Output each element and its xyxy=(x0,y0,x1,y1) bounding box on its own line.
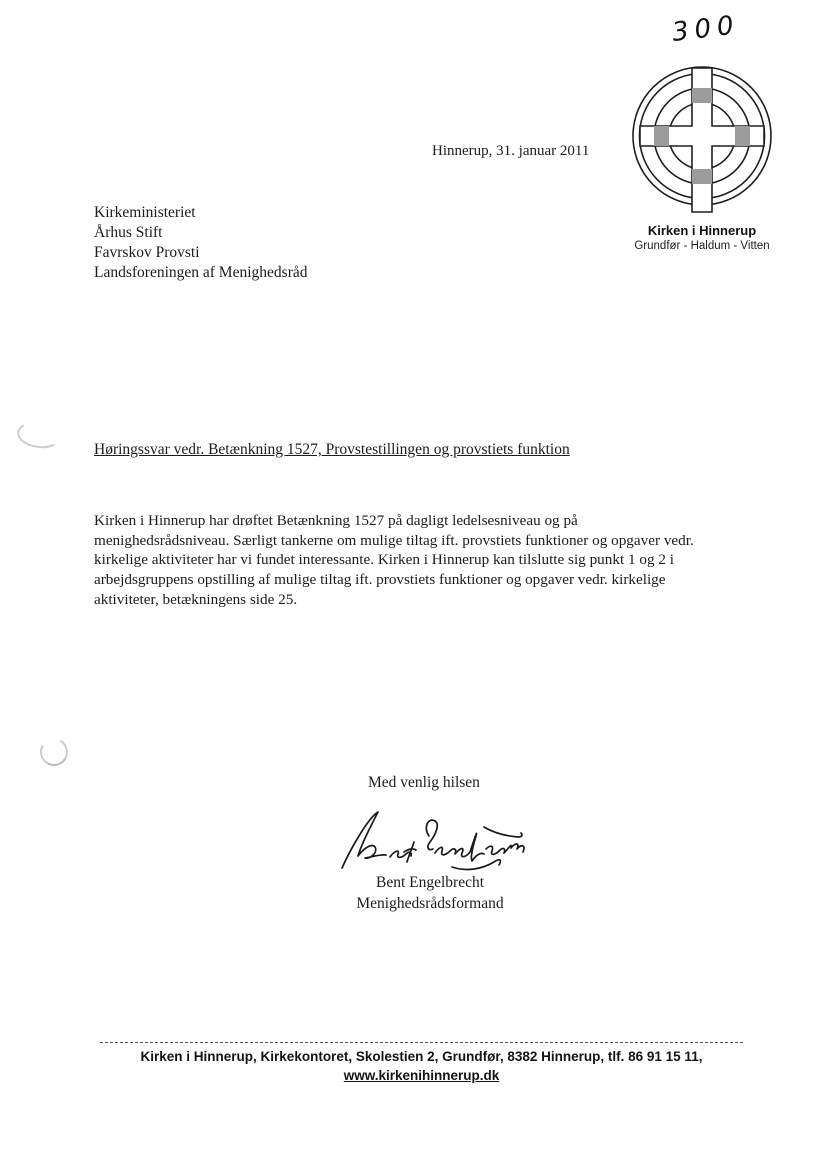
signer-title: Menighedsrådsformand xyxy=(295,894,565,915)
church-logo-block: Kirken i Hinnerup Grundfør - Haldum - Vi… xyxy=(626,64,778,252)
signer-name: Bent Engelbrecht xyxy=(295,873,565,894)
recipient-line: Landsforeningen af Menighedsråd xyxy=(94,263,307,283)
signer-block: Bent Engelbrecht Menighedsrådsformand xyxy=(295,873,565,914)
cross-in-ring-logo-icon xyxy=(630,64,774,214)
punch-hole-artifact xyxy=(15,419,62,451)
scanned-letter-page: 300 Kirken i Hinnerup Grundfør - Haldum … xyxy=(0,0,827,1170)
footer-address: Kirken i Hinnerup, Kirkekontoret, Skoles… xyxy=(100,1047,743,1066)
recipient-address-block: Kirkeministeriet Århus Stift Favrskov Pr… xyxy=(94,203,307,283)
handwritten-number: 300 xyxy=(670,10,741,48)
recipient-line: Århus Stift xyxy=(94,223,307,243)
recipient-line: Favrskov Provsti xyxy=(94,243,307,263)
recipient-line: Kirkeministeriet xyxy=(94,203,307,223)
subject-line: Høringssvar vedr. Betænkning 1527, Provs… xyxy=(94,441,570,459)
logo-title: Kirken i Hinnerup xyxy=(626,223,778,238)
punch-hole-artifact xyxy=(37,735,71,769)
letterhead-footer: Kirken i Hinnerup, Kirkekontoret, Skoles… xyxy=(100,1042,743,1085)
letter-body: Kirken i Hinnerup har drøftet Betænkning… xyxy=(94,511,794,610)
handwritten-signature-scribble xyxy=(334,808,526,876)
salutation: Med venlig hilsen xyxy=(368,774,480,792)
footer-website-link: www.kirkenihinnerup.dk xyxy=(100,1066,743,1085)
logo-subtitle: Grundfør - Haldum - Vitten xyxy=(626,240,778,252)
date-line: Hinnerup, 31. januar 2011 xyxy=(432,143,589,160)
